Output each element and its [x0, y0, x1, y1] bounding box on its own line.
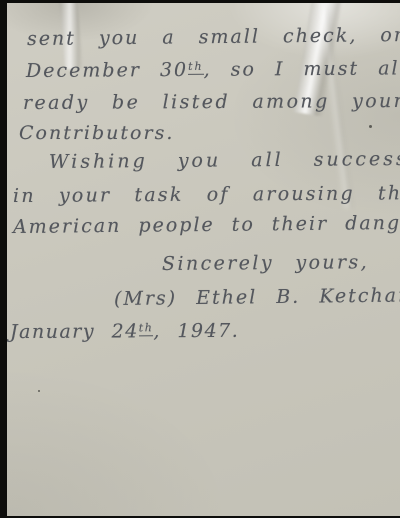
scanned-letter-photo: sent you a small check, on December 30th… — [0, 0, 400, 518]
line-text: Sincerely yours, — [162, 251, 369, 275]
letter-line-2: December 30th, so I must al- — [26, 57, 400, 82]
letter-date-line: January 24th, 1947. — [10, 320, 239, 343]
line-text: , so I must al- — [204, 57, 400, 80]
line-text: in your task of arousing the — [13, 182, 400, 207]
letter-line-3: ready be listed among your — [23, 90, 400, 114]
ink-speck — [38, 390, 40, 392]
line-text: sent you a small check, on — [27, 24, 400, 50]
line-superscript: th — [188, 60, 204, 75]
letter-line-4: Contributors. — [19, 122, 174, 144]
ink-speck — [369, 125, 372, 128]
letter-paper: sent you a small check, on December 30th… — [7, 3, 400, 516]
letter-line-5: Wishing you all success — [49, 148, 400, 173]
line-superscript: th — [139, 321, 154, 336]
letter-line-1: sent you a small check, on — [27, 24, 400, 50]
line-text: Wishing you all success — [49, 148, 400, 173]
line-text: , 1947. — [153, 320, 239, 342]
line-text: January 24 — [10, 320, 139, 343]
line-text: ready be listed among your — [23, 90, 400, 114]
letter-line-6: in your task of arousing the — [13, 182, 400, 207]
letter-closing-line: Sincerely yours, — [162, 251, 369, 275]
line-text: Contributors. — [19, 122, 174, 144]
letter-line-7: American people to their danger, — [13, 212, 400, 238]
line-text: (Mrs) Ethel B. Ketcham — [114, 284, 400, 310]
letter-signature-line: (Mrs) Ethel B. Ketcham — [114, 284, 400, 310]
line-text: American people to their danger, — [13, 212, 400, 238]
line-text: December 30 — [26, 59, 188, 82]
